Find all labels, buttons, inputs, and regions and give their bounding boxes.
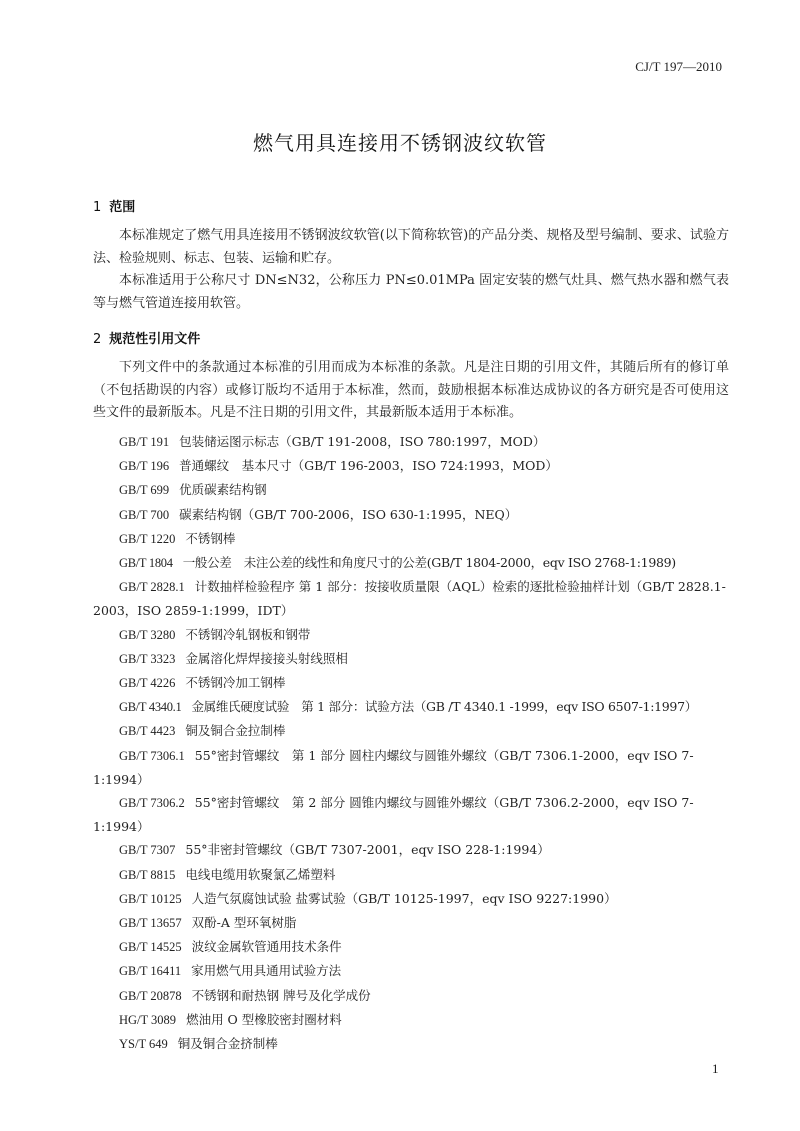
reference-title: 燃油用 O 型橡胶密封圈材料 xyxy=(186,1012,342,1027)
reference-item: GB/T 14525波纹金属软管通用技术条件 xyxy=(93,935,733,959)
section-title: 范围 xyxy=(109,200,135,215)
reference-item: GB/T 16411家用燃气用具通用试验方法 xyxy=(93,959,733,983)
reference-item: GB/T 730755°非密封管螺纹（GB/T 7307-2001，eqv IS… xyxy=(93,838,733,862)
page-number: 1 xyxy=(712,1061,719,1077)
reference-title: 双酚-A 型环氧树脂 xyxy=(192,915,297,930)
reference-title: 铜及铜合金拉制棒 xyxy=(185,723,285,738)
reference-item: GB/T 8815电线电缆用软聚氯乙烯塑料 xyxy=(93,863,733,887)
section-title: 规范性引用文件 xyxy=(109,332,200,347)
reference-title: 电线电缆用软聚氯乙烯塑料 xyxy=(185,867,335,882)
reference-item: GB/T 196普通螺纹 基本尺寸（GB/T 196-2003，ISO 724:… xyxy=(93,454,733,478)
reference-code: GB/T 1220 xyxy=(119,532,175,546)
reference-title: 55°非密封管螺纹（GB/T 7307-2001，eqv ISO 228-1:1… xyxy=(185,842,549,857)
scope-paragraph-2: 本标准适用于公称尺寸 DN≤N32，公称压力 PN≤0.01MPa 固定安装的燃… xyxy=(93,270,729,315)
reference-code: GB/T 4423 xyxy=(119,724,175,738)
reference-item: GB/T 13657双酚-A 型环氧树脂 xyxy=(93,911,733,935)
reference-item: GB/T 4226不锈钢冷加工钢棒 xyxy=(93,671,733,695)
reference-item: YS/T 649铜及铜合金挤制棒 xyxy=(93,1032,733,1056)
section-1-heading: 1范围 xyxy=(93,196,135,215)
reference-item: GB/T 7306.255°密封管螺纹 第 2 部分 圆锥内螺纹与圆锥外螺纹（G… xyxy=(93,791,733,838)
scope-paragraph-1: 本标准规定了燃气用具连接用不锈钢波纹软管(以下简称软管)的产品分类、规格及型号编… xyxy=(93,225,729,270)
reference-title: 波纹金属软管通用技术条件 xyxy=(192,939,342,954)
reference-item: GB/T 4340.1金属维氏硬度试验 第 1 部分：试验方法（GB /T 43… xyxy=(93,695,733,719)
reference-code: YS/T 649 xyxy=(119,1037,168,1051)
section-number: 2 xyxy=(93,332,101,347)
reference-code: GB/T 20878 xyxy=(119,989,182,1003)
reference-item: GB/T 10125人造气氛腐蚀试验 盐雾试验（GB/T 10125-1997，… xyxy=(93,887,733,911)
reference-code: GB/T 4340.1 xyxy=(119,700,181,714)
reference-title: 碳素结构钢（GB/T 700-2006，ISO 630-1:1995，NEQ） xyxy=(179,507,517,522)
reference-title: 金属溶化焊焊接接头射线照相 xyxy=(185,651,348,666)
reference-title: 人造气氛腐蚀试验 盐雾试验（GB/T 10125-1997，eqv ISO 92… xyxy=(192,891,617,906)
normative-refs-intro: 下列文件中的条款通过本标准的引用而成为本标准的条款。凡是注日期的引用文件，其随后… xyxy=(93,357,729,425)
document-title: 燃气用具连接用不锈钢波纹软管 xyxy=(0,127,800,156)
reference-title: 不锈钢和耐热钢 牌号及化学成份 xyxy=(192,988,371,1003)
reference-code: GB/T 13657 xyxy=(119,916,182,930)
reference-code: GB/T 3323 xyxy=(119,652,175,666)
reference-code: GB/T 1804 xyxy=(119,556,173,570)
reference-title: 金属维氏硬度试验 第 1 部分：试验方法（GB /T 4340.1 -1999，… xyxy=(191,699,696,714)
reference-title: 不锈钢冷轧钢板和钢带 xyxy=(185,627,310,642)
reference-item: GB/T 20878不锈钢和耐热钢 牌号及化学成份 xyxy=(93,984,733,1008)
reference-code: GB/T 14525 xyxy=(119,940,182,954)
reference-item: GB/T 2828.1计数抽样检验程序 第 1 部分：按接收质量限（AQL）检索… xyxy=(93,575,733,622)
reference-code: GB/T 700 xyxy=(119,508,169,522)
reference-code: GB/T 7306.2 xyxy=(119,796,185,810)
reference-code: GB/T 196 xyxy=(119,459,169,473)
reference-title: 不锈钢棒 xyxy=(185,531,235,546)
reference-title: 计数抽样检验程序 第 1 部分：按接收质量限（AQL）检索的逐批检验抽样计划（G… xyxy=(93,579,726,618)
reference-title: 铜及铜合金挤制棒 xyxy=(178,1036,278,1051)
reference-list: GB/T 191包装储运图示标志（GB/T 191-2008，ISO 780:1… xyxy=(93,430,733,1056)
reference-code: GB/T 10125 xyxy=(119,892,182,906)
reference-title: 优质碳素结构钢 xyxy=(179,482,267,497)
reference-code: GB/T 4226 xyxy=(119,676,175,690)
reference-item: GB/T 191包装储运图示标志（GB/T 191-2008，ISO 780:1… xyxy=(93,430,733,454)
section-2-heading: 2规范性引用文件 xyxy=(93,328,200,347)
section-number: 1 xyxy=(93,200,101,215)
reference-code: GB/T 7306.1 xyxy=(119,749,185,763)
reference-code: GB/T 191 xyxy=(119,435,169,449)
standard-code: CJ/T 197—2010 xyxy=(635,59,722,75)
reference-code: GB/T 7307 xyxy=(119,843,175,857)
reference-code: GB/T 3280 xyxy=(119,628,175,642)
reference-item: GB/T 3280不锈钢冷轧钢板和钢带 xyxy=(93,623,733,647)
reference-item: GB/T 1804一般公差 未注公差的线性和角度尺寸的公差(GB/T 1804-… xyxy=(93,551,733,575)
reference-item: HG/T 3089燃油用 O 型橡胶密封圈材料 xyxy=(93,1008,733,1032)
reference-title: 一般公差 未注公差的线性和角度尺寸的公差(GB/T 1804-2000，eqv … xyxy=(183,555,676,570)
reference-item: GB/T 700碳素结构钢（GB/T 700-2006，ISO 630-1:19… xyxy=(93,503,733,527)
reference-title: 家用燃气用具通用试验方法 xyxy=(191,963,341,978)
reference-title: 不锈钢冷加工钢棒 xyxy=(185,675,285,690)
reference-item: GB/T 1220不锈钢棒 xyxy=(93,527,733,551)
reference-item: GB/T 4423铜及铜合金拉制棒 xyxy=(93,719,733,743)
reference-item: GB/T 699优质碳素结构钢 xyxy=(93,478,733,502)
reference-title: 普通螺纹 基本尺寸（GB/T 196-2003，ISO 724:1993，MOD… xyxy=(179,458,558,473)
reference-code: HG/T 3089 xyxy=(119,1013,176,1027)
reference-item: GB/T 3323金属溶化焊焊接接头射线照相 xyxy=(93,647,733,671)
reference-item: GB/T 7306.155°密封管螺纹 第 1 部分 圆柱内螺纹与圆锥外螺纹（G… xyxy=(93,744,733,791)
reference-code: GB/T 8815 xyxy=(119,868,175,882)
reference-code: GB/T 699 xyxy=(119,483,169,497)
reference-title: 包装储运图示标志（GB/T 191-2008，ISO 780:1997，MOD） xyxy=(179,434,545,449)
reference-code: GB/T 16411 xyxy=(119,964,181,978)
reference-code: GB/T 2828.1 xyxy=(119,580,185,594)
